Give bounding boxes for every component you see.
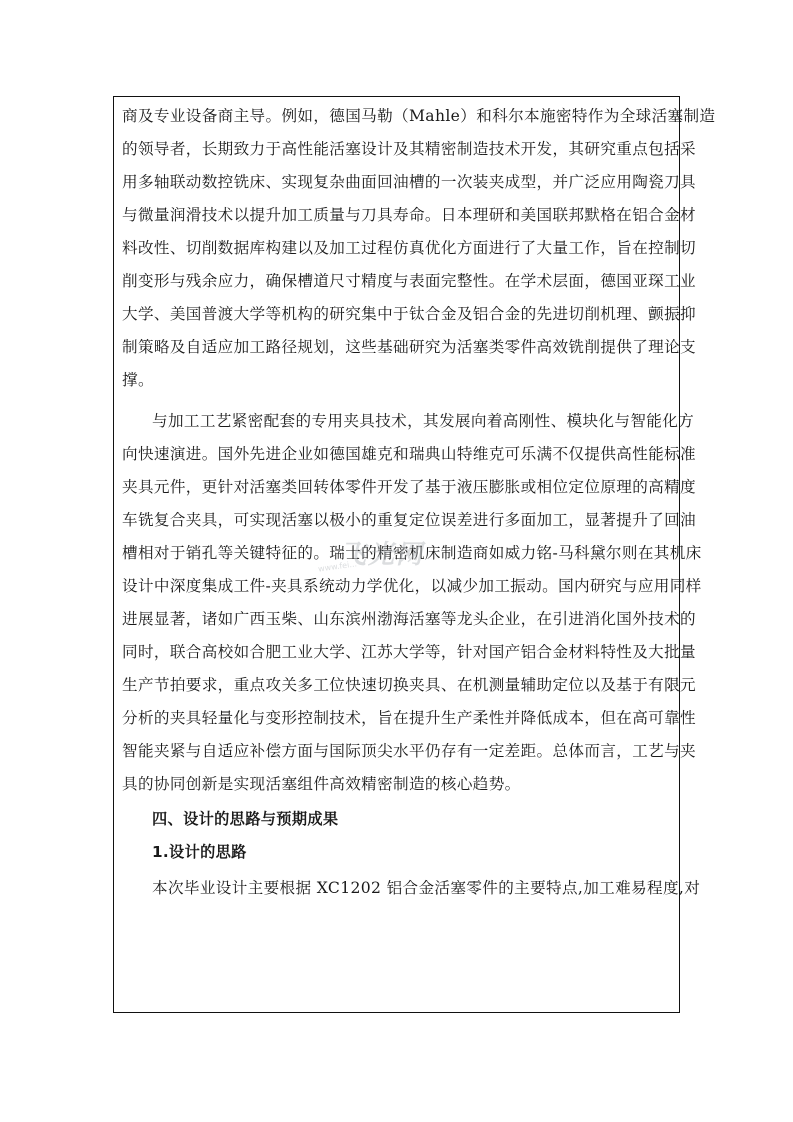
document-frame: 商及专业设备商主导。例如，德国马勒（Mahle）和科尔本施密特作为全球活塞制造 … [113,96,680,1013]
text-line: 与微量润滑技术以提升加工质量与刀具寿命。日本理研和美国联邦默格在铝合金材 [122,205,696,225]
text-line: 制策略及自适应加工路径规划，这些基础研究为活塞类零件高效铣削提供了理论支 [122,337,696,357]
section-heading: 四、设计的思路与预期成果 [152,809,338,829]
text-line: 进展显著，诸如广西玉柴、山东滨州渤海活塞等龙头企业，在引进消化国外技术的 [122,609,696,629]
text-line: 槽相对于销孔等关键特征的。瑞士的精密机床制造商如威力铭-马科黛尔则在其机床 [122,543,702,563]
text-line: 夹具元件，更针对活塞类回转体零件开发了基于液压膨胀或相位定位原理的高精度 [122,477,696,497]
text-line: 本次毕业设计主要根据 XC1202 铝合金活塞零件的主要特点,加工难易程度,对 [152,878,700,898]
text-line: 商及专业设备商主导。例如，德国马勒（Mahle）和科尔本施密特作为全球活塞制造 [122,106,715,126]
text-line: 料改性、切削数据库构建以及加工过程仿真优化方面进行了大量工作，旨在控制切 [122,238,696,258]
text-line: 撑。 [122,370,154,390]
text-line: 大学、美国普渡大学等机构的研究集中于钛合金及铝合金的先进切削机理、颤振抑 [122,304,696,324]
text-line: 分析的夹具轻量化与变形控制技术，旨在提升生产柔性并降低成本，但在高可靠性 [122,708,696,728]
text-line: 具的协同创新是实现活塞组件高效精密制造的核心趋势。 [122,774,521,794]
text-line: 车铣复合夹具，可实现活塞以极小的重复定位误差进行多面加工，显著提升了回油 [122,510,696,530]
text-line: 智能夹紧与自适应补偿方面与国际顶尖水平仍存有一定差距。总体而言，工艺与夹 [122,741,696,761]
text-line: 用多轴联动数控铣床、实现复杂曲面回油槽的一次装夹成型，并广泛应用陶瓷刀具 [122,172,696,192]
text-line: 削变形与残余应力，确保槽道尺寸精度与表面完整性。在学术层面，德国亚琛工业 [122,271,696,291]
text-line: 设计中深度集成工件-夹具系统动力学优化，以减少加工振动。国内研究与应用同样 [122,576,702,596]
text-line: 与加工工艺紧密配套的专用夹具技术，其发展向着高刚性、模块化与智能化方 [152,411,694,431]
text-line: 同时，联合高校如合肥工业大学、江苏大学等，针对国产铝合金材料特性及大批量 [122,642,696,662]
text-line: 的领导者，长期致力于高性能活塞设计及其精密制造技术开发，其研究重点包括采 [122,139,696,159]
text-line: 生产节拍要求，重点攻关多工位快速切换夹具、在机测量辅助定位以及基于有限元 [122,675,696,695]
subsection-heading: 1.设计的思路 [152,842,247,862]
text-line: 向快速演进。国外先进企业如德国雄克和瑞典山特维克可乐满不仅提供高性能标准 [122,444,696,464]
